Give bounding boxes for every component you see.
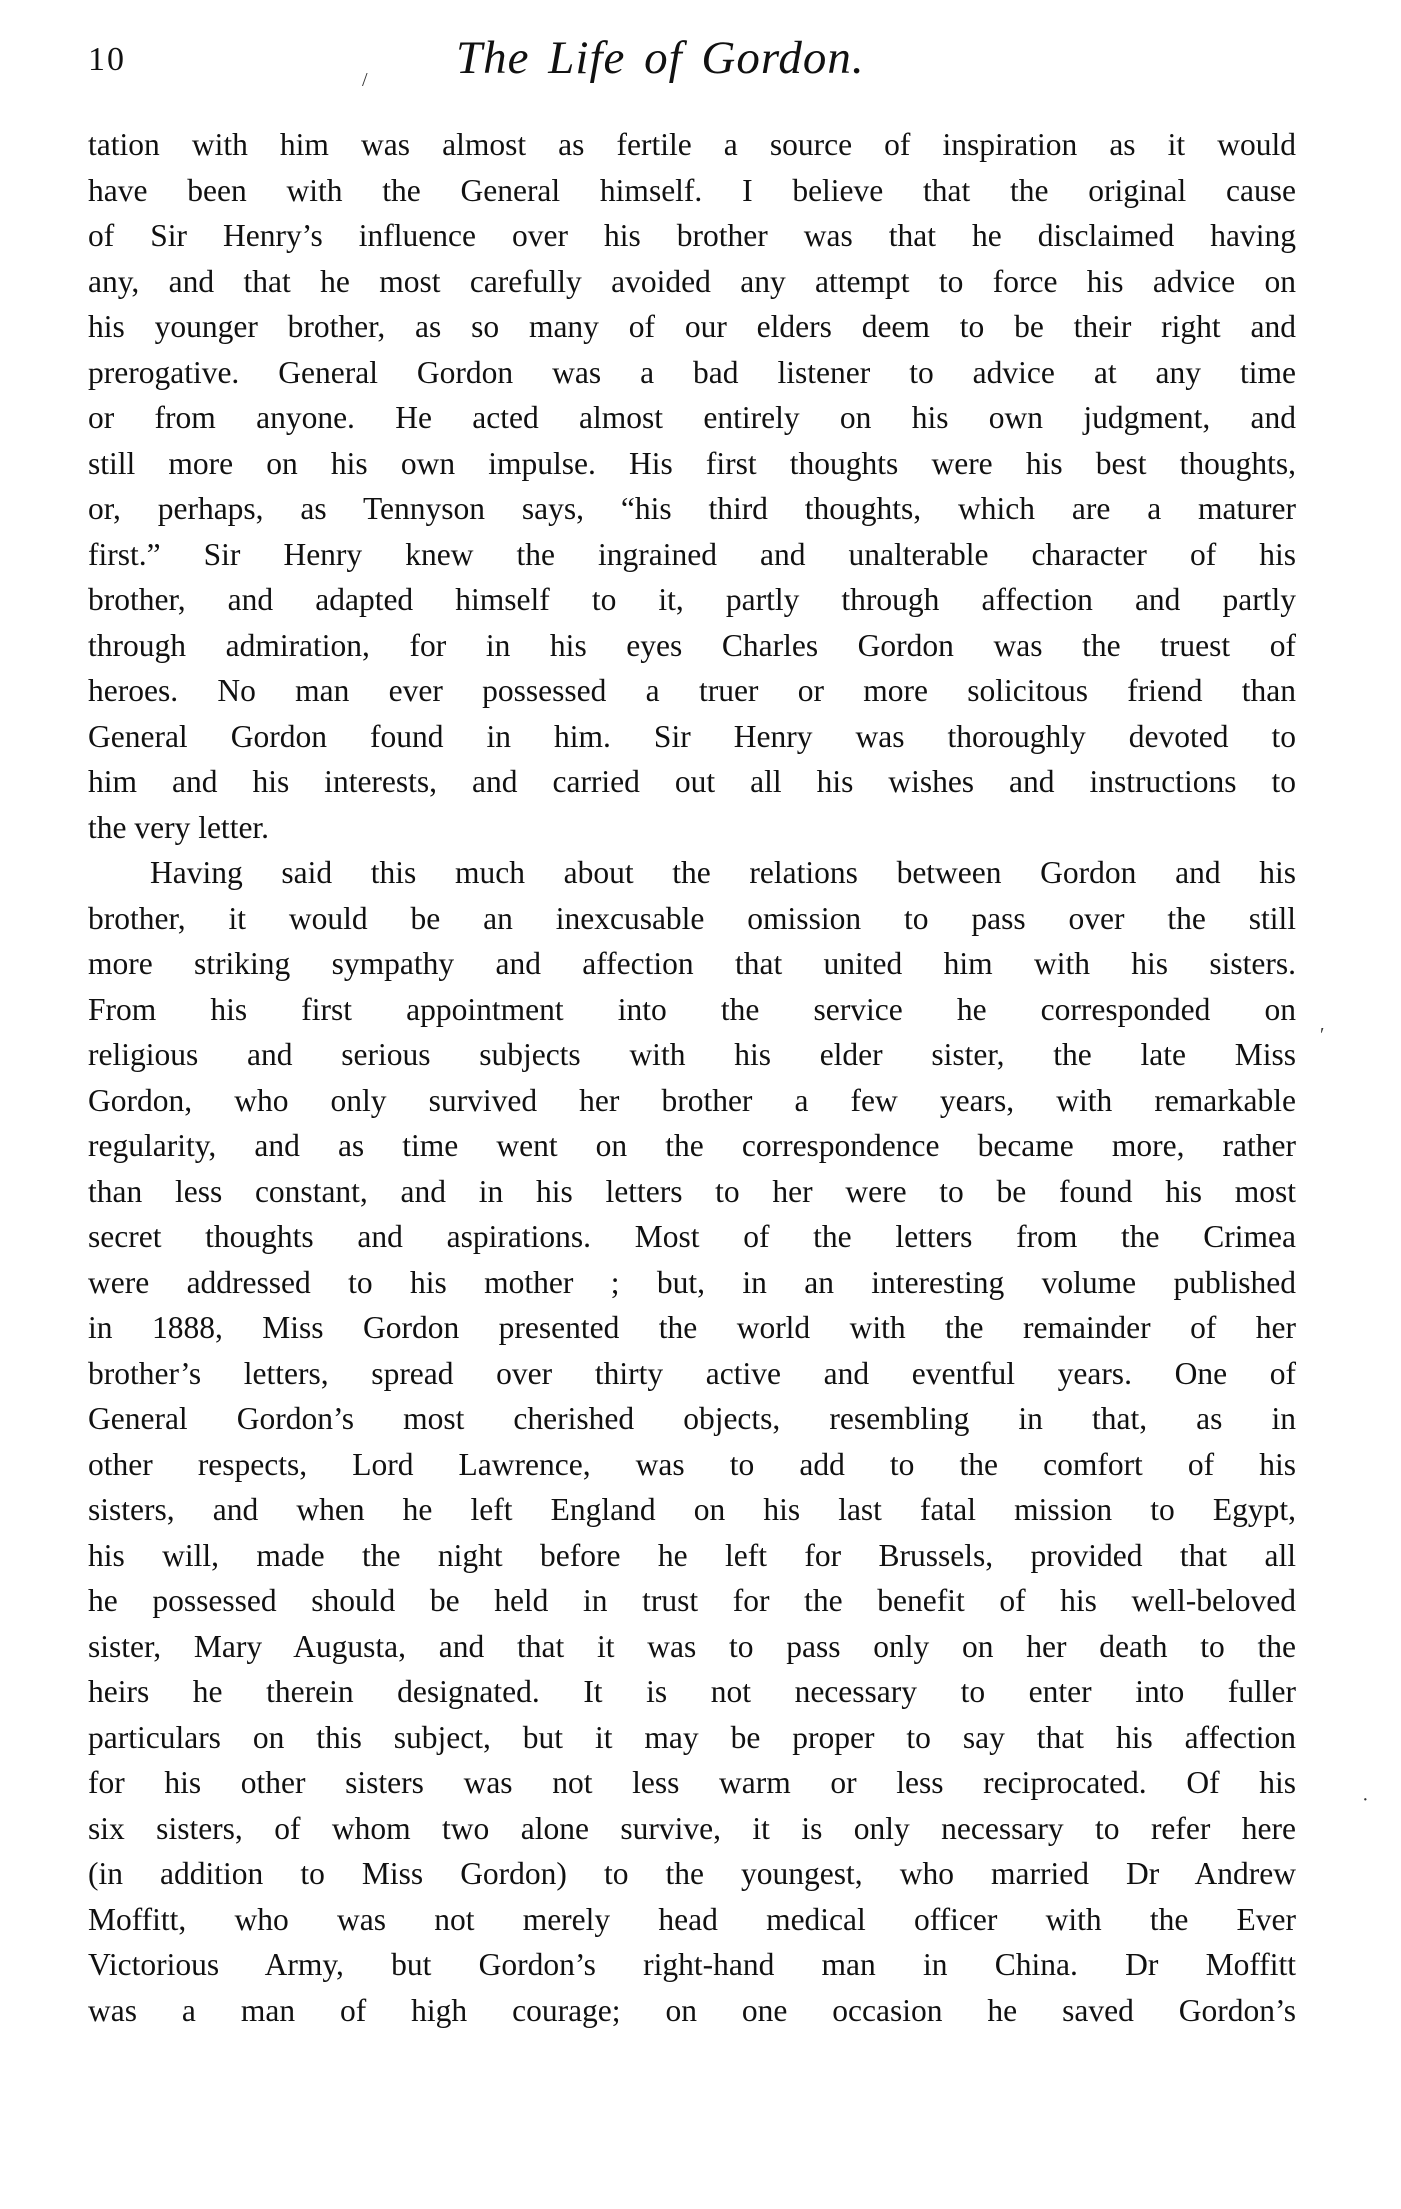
- text-line: was a man of high courage; on one occasi…: [88, 1988, 1296, 2034]
- text-line: still more on his own impulse. His first…: [88, 441, 1296, 487]
- scan-mark: /: [362, 70, 368, 90]
- running-title: The Life of Gordon.: [456, 28, 865, 88]
- text-line: heroes. No man ever possessed a truer or…: [88, 668, 1296, 714]
- text-line: regularity, and as time went on the corr…: [88, 1123, 1296, 1169]
- text-line: Victorious Army, but Gordon’s right-hand…: [88, 1942, 1296, 1988]
- text-line: religious and serious subjects with his …: [88, 1032, 1296, 1078]
- text-line: through admiration, for in his eyes Char…: [88, 623, 1296, 669]
- text-line: other respects, Lord Lawrence, was to ad…: [88, 1442, 1296, 1488]
- text-line: particulars on this subject, but it may …: [88, 1715, 1296, 1761]
- text-line: any, and that he most carefully avoided …: [88, 259, 1296, 305]
- text-line: were addressed to his mother ; but, in a…: [88, 1260, 1296, 1306]
- text-line: brother, it would be an inexcusable omis…: [88, 896, 1296, 942]
- text-line: the very letter.: [88, 805, 1296, 851]
- text-line: or from anyone. He acted almost entirely…: [88, 395, 1296, 441]
- text-line: General Gordon’s most cherished objects,…: [88, 1396, 1296, 1442]
- text-line: more striking sympathy and affection tha…: [88, 941, 1296, 987]
- text-line: first.” Sir Henry knew the ingrained and…: [88, 532, 1296, 578]
- paragraph: tation with him was almost as fertile a …: [88, 122, 1296, 850]
- text-line: (in addition to Miss Gordon) to the youn…: [88, 1851, 1296, 1897]
- text-line: have been with the General himself. I be…: [88, 168, 1296, 214]
- text-line: Moffitt, who was not merely head medical…: [88, 1897, 1296, 1943]
- running-head: 10 The Life of Gordon.: [0, 0, 1401, 110]
- text-line: his younger brother, as so many of our e…: [88, 304, 1296, 350]
- text-line: of Sir Henry’s influence over his brothe…: [88, 213, 1296, 259]
- text-line: Having said this much about the relation…: [88, 850, 1296, 896]
- text-line: his will, made the night before he left …: [88, 1533, 1296, 1579]
- text-line: in 1888, Miss Gordon presented the world…: [88, 1305, 1296, 1351]
- text-line: him and his interests, and carried out a…: [88, 759, 1296, 805]
- text-line: for his other sisters was not less warm …: [88, 1760, 1296, 1806]
- body-text: tation with him was almost as fertile a …: [88, 122, 1296, 2033]
- text-line: sisters, and when he left England on his…: [88, 1487, 1296, 1533]
- text-line: Gordon, who only survived her brother a …: [88, 1078, 1296, 1124]
- scan-mark: ·: [1362, 1790, 1369, 1810]
- page-number: 10: [88, 38, 126, 82]
- text-line: prerogative. General Gordon was a bad li…: [88, 350, 1296, 396]
- text-line: From his first appointment into the serv…: [88, 987, 1296, 1033]
- text-line: brother, and adapted himself to it, part…: [88, 577, 1296, 623]
- text-line: heirs he therein designated. It is not n…: [88, 1669, 1296, 1715]
- text-line: than less constant, and in his letters t…: [88, 1169, 1296, 1215]
- scan-mark: ′: [1320, 1025, 1324, 1045]
- text-line: six sisters, of whom two alone survive, …: [88, 1806, 1296, 1852]
- text-line: secret thoughts and aspirations. Most of…: [88, 1214, 1296, 1260]
- text-line: tation with him was almost as fertile a …: [88, 122, 1296, 168]
- text-line: he possessed should be held in trust for…: [88, 1578, 1296, 1624]
- paragraph: Having said this much about the relation…: [88, 850, 1296, 2033]
- text-line: or, perhaps, as Tennyson says, “his thir…: [88, 486, 1296, 532]
- text-line: brother’s letters, spread over thirty ac…: [88, 1351, 1296, 1397]
- text-line: sister, Mary Augusta, and that it was to…: [88, 1624, 1296, 1670]
- text-line: General Gordon found in him. Sir Henry w…: [88, 714, 1296, 760]
